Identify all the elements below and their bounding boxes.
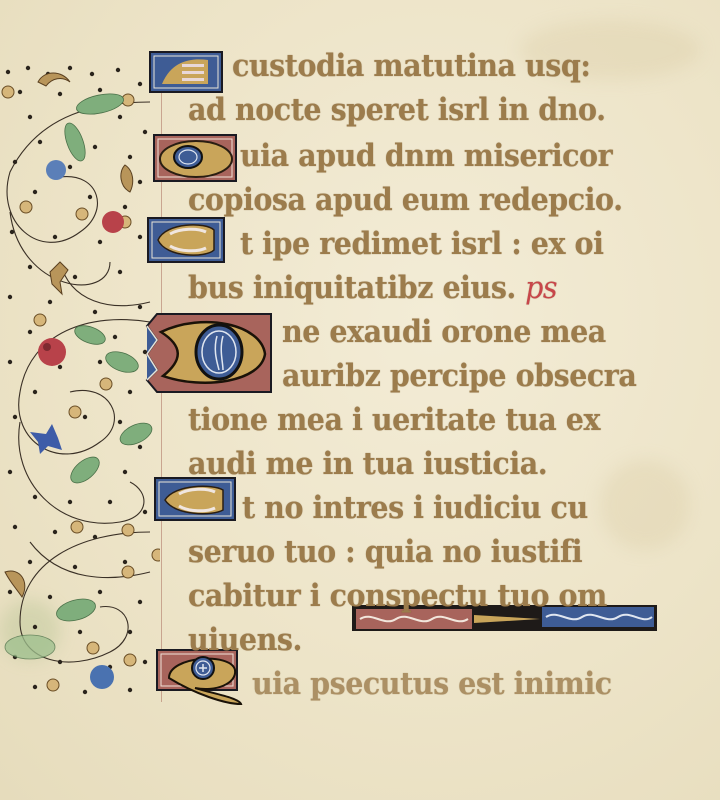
text-line-1: custodia matutina usq:: [232, 48, 590, 88]
text-line-5: t ipe redimet isrl : ex oi: [240, 226, 603, 266]
text-line-6: bus iniquitatibz eius.ps: [188, 270, 557, 310]
initial-e: [146, 216, 226, 264]
initial-q: [152, 133, 238, 183]
initial-d: [143, 310, 275, 396]
manuscript-leaf: custodia matutina usq: ad nocte speret i…: [0, 0, 720, 800]
parchment-stain: [600, 460, 690, 550]
text-line-13: cabitur i conspectu tuo om: [188, 578, 607, 618]
text-line-3: uia apud dnm misericor: [240, 138, 612, 178]
text-line-11: t no intres i iudiciu cu: [242, 490, 588, 530]
text-line-12: seruo tuo : quia no iustifi: [188, 534, 582, 574]
text-line-10: audi me in tua iusticia.: [188, 446, 547, 486]
text-line-7: ne exaudi orone mea: [282, 314, 606, 354]
text-line-2: ad nocte speret isrl in dno.: [188, 92, 606, 132]
text-line-14: uiuens.: [188, 622, 302, 662]
text-line-4: copiosa apud eum redepcio.: [188, 182, 623, 222]
text-line-8: auribz percipe obsecra: [282, 358, 636, 398]
rubric-ps: ps: [525, 270, 557, 306]
floral-border: [0, 62, 160, 702]
initial-a: [148, 50, 224, 94]
text-line-15: uia psecutus est inimic: [252, 666, 612, 706]
text-line-6-text: bus iniquitatibz eius.: [188, 270, 516, 306]
text-line-9: tione mea i ueritate tua ex: [188, 402, 600, 442]
